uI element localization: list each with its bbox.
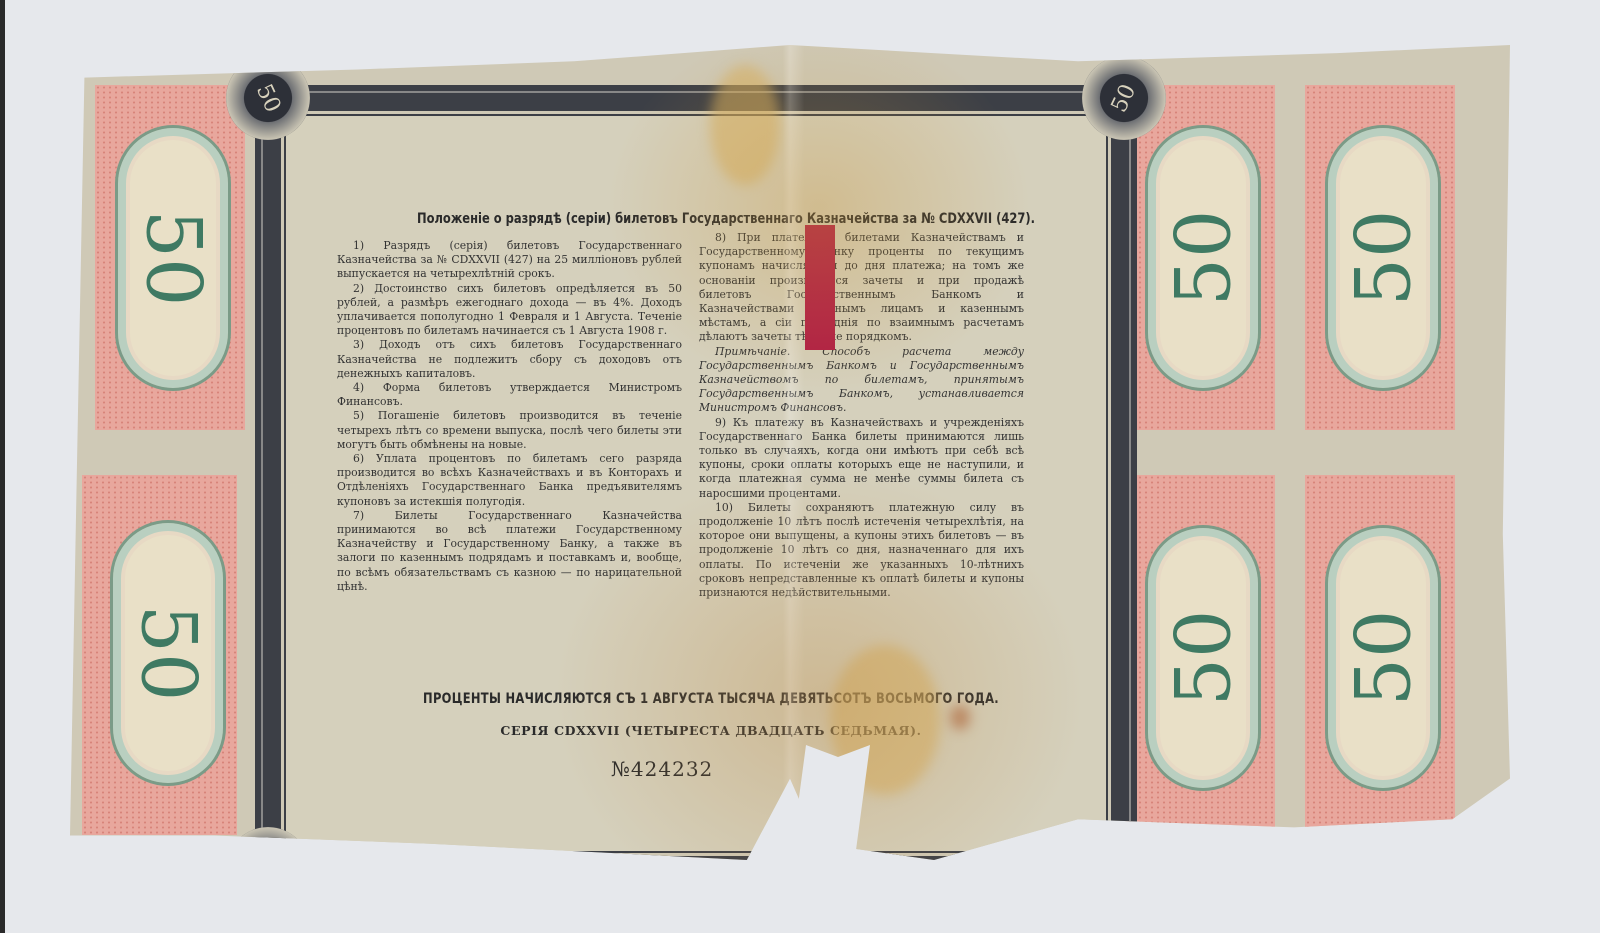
ornamental-frame: 50 50 50 50 Положенiе о разрядѣ (серiи) … [255,85,1137,882]
denomination-numeral: 50 [130,605,206,702]
serial-number: №424232 [611,757,713,781]
corner-medallion-top-left: 50 [226,56,310,140]
corner-medallion-bottom-left: 50 [226,827,310,911]
rosette-right-3: 50 [1145,525,1261,791]
banknote: 50 50 50 50 50 50 50 50 50 50 Положенiе … [70,45,1510,860]
regulation-paragraph: 7) Билеты Государственнаго Казначейства … [337,509,682,594]
regulation-paragraph: 3) Доходъ отъ сихъ билетовъ Государствен… [337,338,682,381]
regulation-paragraph: 8) При платежахъ билетами Казначействамъ… [699,231,1024,345]
denomination-numeral: 50 [1165,210,1241,307]
document-title: Положенiе о разрядѣ (серiи) билетовъ Гос… [346,209,1106,227]
rosette-left-bottom: 50 [110,520,226,786]
denomination-numeral: 50 [1165,610,1241,707]
red-stamp [805,225,835,350]
regulation-paragraph: 5) Погашенiе билетовъ производится въ те… [337,409,682,452]
corner-medallion-top-right: 50 [1082,56,1166,140]
regulations-right-column: 8) При платежахъ билетами Казначействамъ… [699,231,1024,600]
stain [950,705,970,730]
rosette-right-1: 50 [1145,125,1261,391]
stain [710,65,780,185]
denomination-numeral: 50 [135,210,211,307]
photo-edge [0,0,5,933]
regulation-paragraph: 4) Форма билетовъ утверждается Министром… [337,381,682,409]
corner-medallion-bottom-right: 50 [1082,827,1166,911]
regulation-paragraph: 1) Разрядъ (серiя) билетовъ Государствен… [337,239,682,282]
regulation-note: Примѣчанiе. Способъ расчета между Госуда… [699,345,1024,416]
regulations-left-column: 1) Разрядъ (серiя) билетовъ Государствен… [337,239,682,594]
regulation-paragraph: 9) Къ платежу въ Казначействахъ и учрежд… [699,416,1024,501]
regulation-paragraph: 2) Достоинство сихъ билетовъ опредѣляетс… [337,282,682,339]
series-statement: СЕРIЯ CDXXVII (ЧЕТЫРЕСТА ДВАДЦАТЬ СЕДЬМА… [341,723,1081,738]
denomination-numeral: 50 [1345,610,1421,707]
rosette-right-2: 50 [1325,125,1441,391]
rosette-left-top: 50 [115,125,231,391]
rosette-right-4: 50 [1325,525,1441,791]
regulation-paragraph: 6) Уплата процентовъ по билетамъ сего ра… [337,452,682,509]
interest-statement: ПРОЦЕНТЫ НАЧИСЛЯЮТСЯ СЪ 1 АВГУСТА ТЫСЯЧА… [341,690,1081,707]
regulation-paragraph: 10) Билеты сохраняютъ платежную силу въ … [699,501,1024,600]
denomination-numeral: 50 [1345,210,1421,307]
